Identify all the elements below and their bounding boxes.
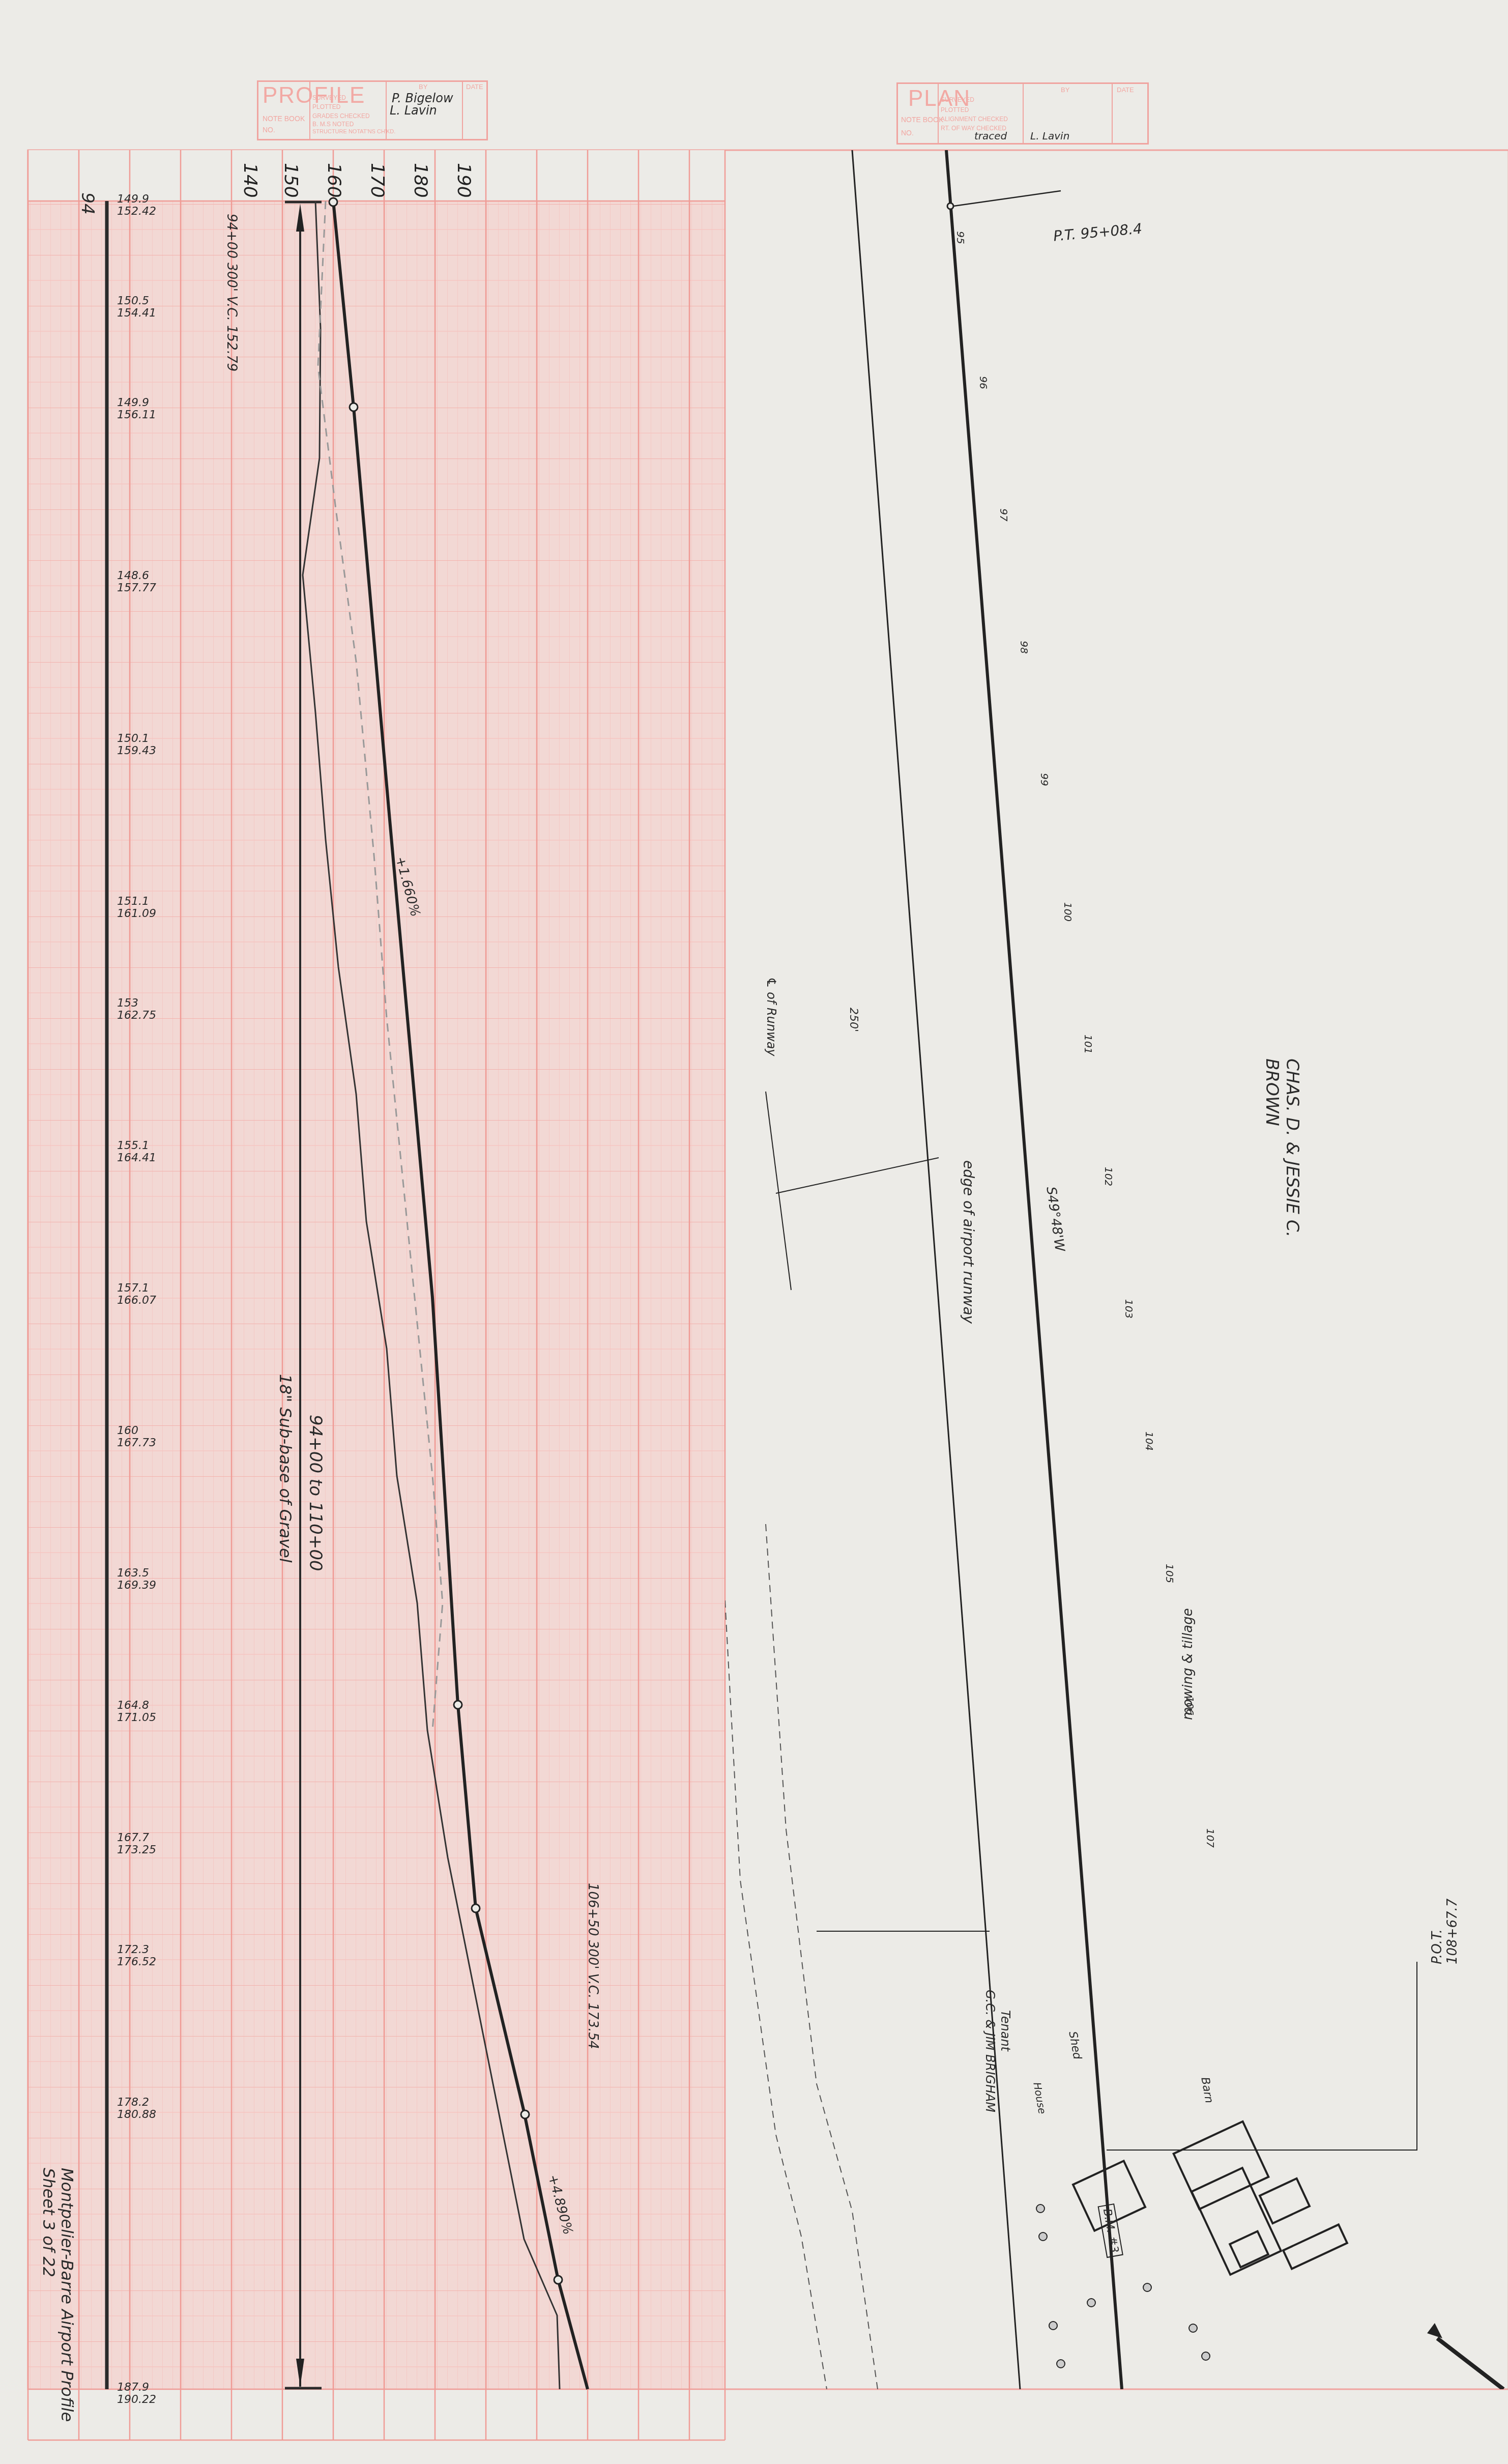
station-column [61, 193, 107, 2397]
elev-tick-top-140: 140 [240, 163, 260, 198]
tenant-label: Tenant [998, 2010, 1012, 2051]
station-tick-96: 96 [977, 376, 990, 389]
offset-label: 250' [847, 1008, 860, 1032]
profile-range-note: 94+00 to 110+00 [305, 1415, 326, 1571]
station-tick-100: 100 [1062, 902, 1074, 922]
owner-label: CHAS. D. & JESSIE C. BROWN [1262, 1058, 1302, 1264]
elev-tick-top-160: 160 [324, 163, 344, 198]
elev-tick-top-170: 170 [367, 163, 388, 198]
elev-tick-top-190: 190 [453, 163, 474, 198]
station-tick-104: 104 [1143, 1431, 1155, 1451]
elev-104: 163.5169.39 [117, 1567, 156, 1592]
subbase-note: 18" Sub-base of Gravel [276, 1374, 295, 1563]
tenant-owner-label: G.C. & JIM BRIGHAM [983, 1990, 997, 2112]
elev-97: 148.6157.77 [117, 570, 156, 594]
edge-label: edge of airport runway [960, 1160, 977, 1324]
elev-103: 160167.73 [117, 1425, 156, 1449]
elev-105: 164.8171.05 [117, 1700, 156, 1724]
sheet-title: Montpelier-Barre Airport ProfileSheet 3 … [40, 2168, 76, 2422]
vc-note-106: 106+50 300' V.C. 173.54 [585, 1883, 600, 2049]
station-tick-95: 95 [954, 231, 967, 244]
station-tick-102: 102 [1103, 1167, 1115, 1186]
elev-99: 151.1161.09 [117, 896, 156, 920]
elev-96: 149.9156.11 [117, 397, 156, 421]
runway-label: ℄ of Runway [764, 977, 778, 1056]
station-tick-101: 101 [1082, 1035, 1094, 1054]
pot-label: P.O.T. 108+67.7 [1430, 1886, 1460, 1964]
vc-note-94: 94+00 300' V.C. 152.79 [224, 214, 239, 371]
elev-110: 187.9190.22 [117, 2382, 156, 2406]
station-tick-103: 103 [1123, 1299, 1135, 1319]
station-tick-98: 98 [1018, 641, 1030, 653]
station-94: 94 [77, 192, 98, 214]
elev-102: 157.1166.07 [117, 1282, 156, 1307]
elev-107: 172.3176.52 [117, 1944, 156, 1968]
elev-108: 178.2180.88 [117, 2097, 156, 2121]
elev-98: 150.1159.43 [117, 733, 156, 757]
plan-view [725, 150, 1508, 2389]
station-tick-107: 107 [1204, 1828, 1216, 1848]
station-tick-99: 99 [1038, 773, 1051, 786]
mowing-label: mowing & tillage [1180, 1608, 1196, 1720]
elev-tick-top-150: 150 [280, 163, 301, 198]
station-tick-105: 105 [1164, 1564, 1176, 1583]
elev-101: 155.1164.41 [117, 1140, 156, 1164]
elev-tick-top-180: 180 [410, 163, 431, 198]
drawing-sheet: PROFILE NOTE BOOK NO. BY DATE SURVEYED P… [0, 0, 1508, 2464]
elev-106: 167.7173.25 [117, 1832, 156, 1856]
elev-100: 153162.75 [117, 997, 156, 1022]
station-tick-97: 97 [998, 508, 1010, 521]
elev-95: 150.5154.41 [117, 295, 156, 320]
elev-94: 149.9152.42 [117, 193, 156, 218]
